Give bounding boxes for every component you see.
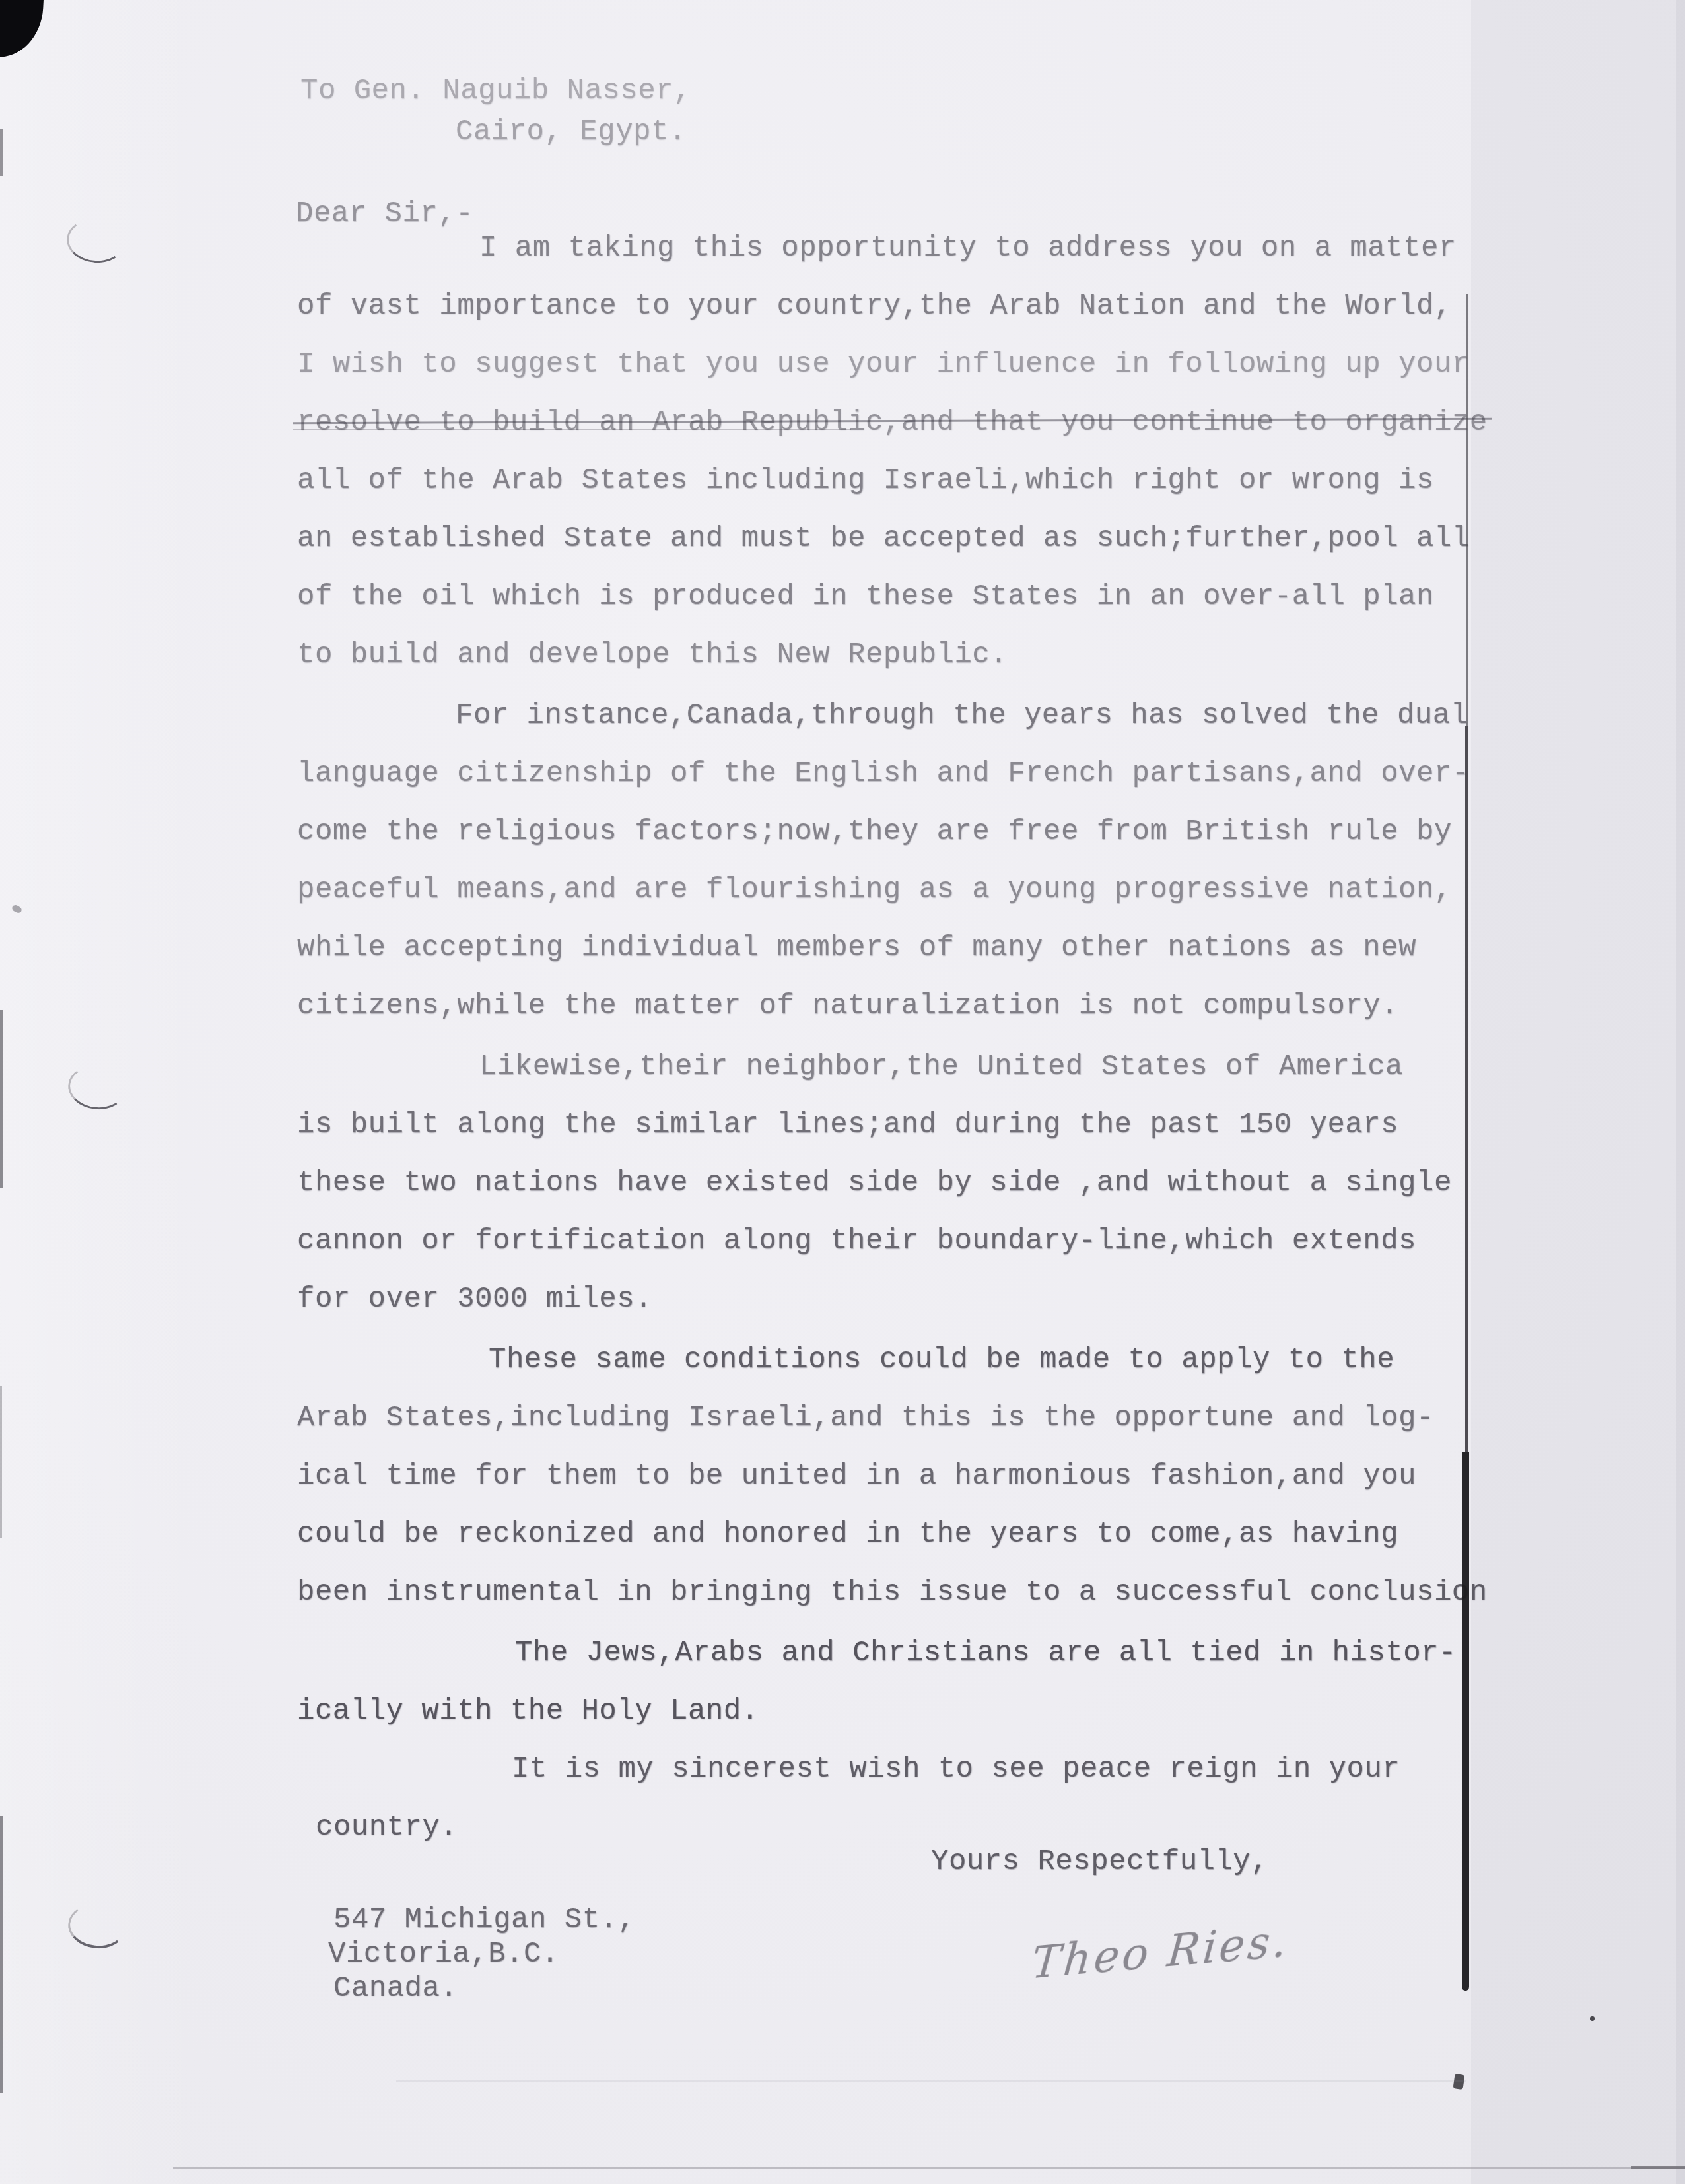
scan-streak-line bbox=[396, 2080, 1466, 2082]
body-line: these two nations have existed side by s… bbox=[297, 1167, 1452, 1199]
body-line: while accepting individual members of ma… bbox=[297, 932, 1416, 964]
fold-line-bottom bbox=[1462, 1452, 1469, 1991]
body-line: It is my sincerest wish to see peace rei… bbox=[512, 1754, 1400, 1785]
body-line: I am taking this opportunity to address … bbox=[479, 232, 1457, 264]
scan-corner-mark bbox=[0, 0, 44, 59]
punch-hole-arc-bottom bbox=[66, 1901, 129, 1952]
body-line: peaceful means,and are flourishing as a … bbox=[297, 874, 1452, 906]
body-line: is built along the similar lines;and dur… bbox=[297, 1109, 1398, 1141]
fold-line-middle bbox=[1465, 726, 1468, 1452]
scan-shading-band bbox=[1471, 0, 1685, 2184]
stray-speck bbox=[1590, 2016, 1595, 2021]
edge-streak bbox=[0, 1010, 3, 1188]
body-line: Likewise,their neighbor,the United State… bbox=[479, 1051, 1403, 1083]
body-line: come the religious factors;now,they are … bbox=[297, 816, 1452, 848]
body-line: The Jews,Arabs and Christians are all ti… bbox=[515, 1637, 1457, 1669]
body-line: Arab States,including Israeli,and this i… bbox=[297, 1402, 1434, 1434]
body-line: all of the Arab States including Israeli… bbox=[297, 465, 1434, 496]
body-line: of vast importance to your country,the A… bbox=[297, 290, 1452, 322]
edge-streak bbox=[0, 1816, 3, 2093]
body-line: for over 3000 miles. bbox=[297, 1283, 652, 1315]
edge-streak bbox=[0, 129, 3, 176]
punch-hole-arc-top bbox=[65, 217, 127, 266]
address-line: Canada. bbox=[333, 1973, 458, 2004]
address-line: Victoria,B.C. bbox=[328, 1938, 559, 1970]
address-line: 547 Michigan St., bbox=[333, 1904, 635, 1936]
body-line: For instance,Canada,through the years ha… bbox=[456, 700, 1468, 732]
bottom-scan-line bbox=[173, 2167, 1685, 2169]
body-line: been instrumental in bringing this issue… bbox=[297, 1577, 1488, 1608]
salutation: Dear Sir,- bbox=[296, 198, 473, 230]
punch-hole-arc-middle bbox=[66, 1063, 128, 1112]
stray-speck bbox=[11, 904, 23, 914]
recipient-line: Cairo, Egypt. bbox=[456, 116, 687, 148]
body-line: citizens,while the matter of naturalizat… bbox=[297, 990, 1398, 1022]
body-line: cannon or fortification along their boun… bbox=[297, 1225, 1416, 1257]
body-line: of the oil which is produced in these St… bbox=[297, 581, 1434, 613]
body-line: I wish to suggest that you use your infl… bbox=[297, 349, 1470, 380]
strikethrough-mark-secondary bbox=[293, 429, 851, 430]
body-line: These same conditions could be made to a… bbox=[489, 1344, 1394, 1376]
recipient-line: To Gen. Naguib Nasser, bbox=[300, 75, 691, 107]
body-line: could be reckonized and honored in the y… bbox=[297, 1519, 1398, 1550]
body-line: an established State and must be accepte… bbox=[297, 523, 1470, 555]
body-line: ical time for them to be united in a har… bbox=[297, 1460, 1416, 1492]
body-line: country. bbox=[316, 1812, 458, 1843]
edge-streak bbox=[0, 1386, 2, 1538]
fold-line-top bbox=[1466, 294, 1468, 726]
scanned-letter-page: To Gen. Naguib Nasser,Cairo, Egypt.Dear … bbox=[0, 0, 1685, 2184]
body-line: language citizenship of the English and … bbox=[297, 758, 1470, 790]
body-line: to build and develope this New Republic. bbox=[297, 639, 1008, 671]
body-line: ically with the Holy Land. bbox=[297, 1695, 759, 1727]
signature-handwriting: Theo Ries. bbox=[1029, 1915, 1291, 1989]
bottom-scan-line-dark-tail bbox=[1631, 2166, 1685, 2169]
scan-right-edge bbox=[1676, 0, 1685, 2184]
closing: Yours Respectfully, bbox=[931, 1846, 1268, 1878]
